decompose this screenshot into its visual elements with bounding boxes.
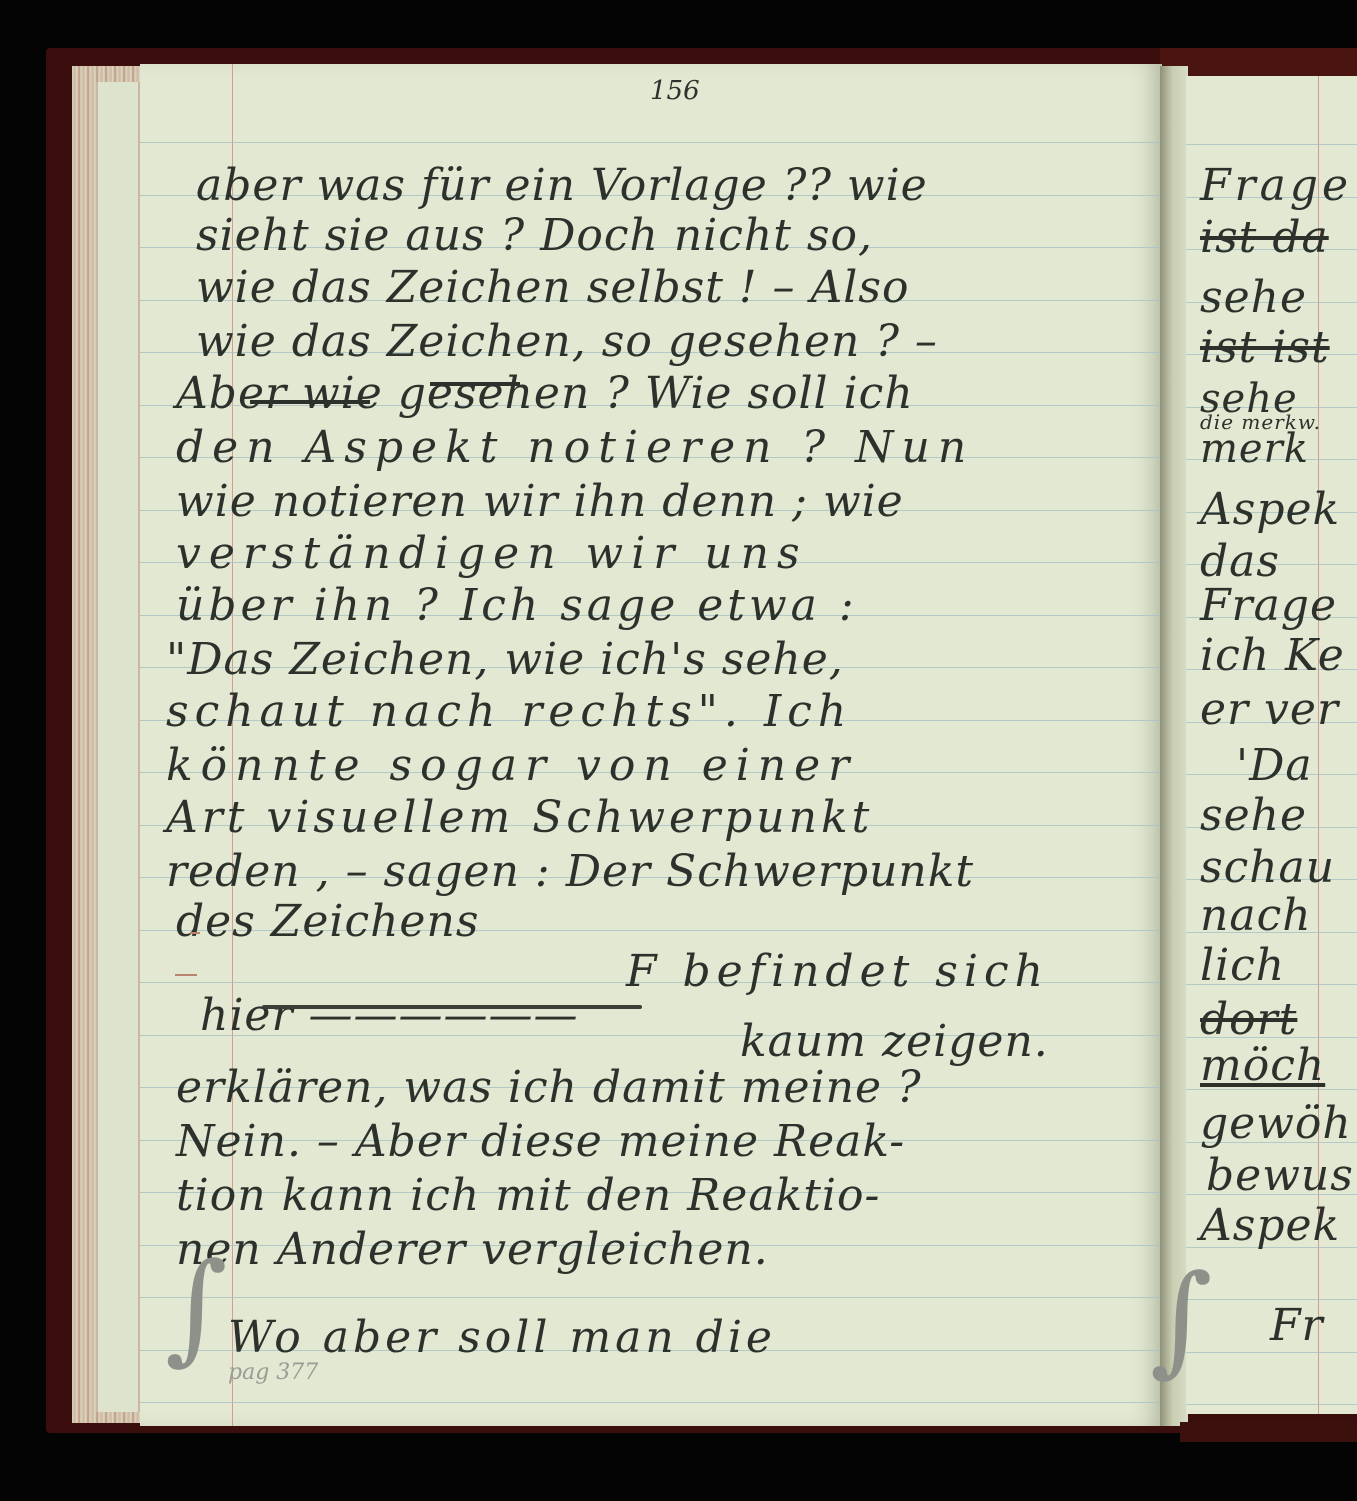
pencil-insert-mark-right: ∫ [1150, 1260, 1213, 1380]
page-number: 156 [650, 76, 700, 106]
handwritten-line: wie das Zeichen selbst ! – Also [196, 262, 909, 313]
right-page-line: ist ist [1200, 322, 1330, 373]
handwritten-line: reden , – sagen : Der Schwerpunkt [166, 846, 974, 897]
handwritten-line: nen Anderer vergleichen. [176, 1224, 769, 1275]
handwritten-line: tion kann ich mit den Reaktio- [176, 1170, 880, 1221]
right-page-line: er ver [1200, 684, 1339, 735]
underline-mark [250, 400, 370, 404]
handwritten-line: wie notieren wir ihn denn ; wie [176, 476, 904, 527]
underline-mark [430, 382, 520, 386]
right-page-line: Aspek [1200, 1200, 1340, 1251]
handwritten-line: wie das Zeichen, so gesehen ? – [196, 316, 938, 367]
right-page-line: Aspek [1200, 484, 1340, 535]
right-page-line: nach [1200, 890, 1312, 941]
handwritten-line: F befindet sich [626, 946, 1049, 997]
handwritten-line: Art visuellem Schwerpunkt [166, 792, 873, 843]
ruled-line [140, 1297, 1162, 1298]
right-page-line: dort [1200, 994, 1297, 1045]
cover-bottom-edge [1180, 1422, 1357, 1442]
handwritten-line: den Aspekt notieren ? Nun [176, 422, 974, 473]
arrow-line [262, 1005, 642, 1009]
right-page-line: bewus [1206, 1150, 1354, 1201]
cover-edge [1160, 48, 1357, 76]
ruled-line [140, 1402, 1162, 1403]
handwritten-line: verständigen wir uns [176, 528, 808, 579]
handwritten-line: Wo aber soll man die [228, 1312, 776, 1363]
right-page-line: sehe [1200, 272, 1307, 323]
right-page-line: ich Ke [1200, 630, 1345, 681]
handwritten-line: hier —————— [200, 990, 578, 1041]
handwritten-line: "Das Zeichen, wie ich's sehe, [166, 634, 844, 685]
right-page-line: Frage [1200, 580, 1337, 631]
right-page-line: merk [1200, 426, 1309, 472]
handwritten-line: Aber wie gesehen ? Wie soll ich [176, 368, 914, 419]
right-page-line: möch [1200, 1040, 1325, 1091]
right-page-line: 'Da [1236, 740, 1313, 791]
right-page-line: sehe [1200, 790, 1307, 841]
margin-dash [190, 932, 200, 934]
handwritten-line: könnte sogar von einer [166, 740, 857, 791]
ruled-line [1186, 144, 1357, 145]
pencil-insert-mark: ∫ [165, 1248, 228, 1368]
handwritten-line: kaum zeigen. [740, 1016, 1049, 1067]
page-stack-inner [96, 82, 140, 1412]
ruled-line [140, 142, 1162, 143]
right-page-line: ist da [1200, 212, 1329, 263]
right-page-line: lich [1200, 940, 1285, 991]
right-page-line: Frage [1200, 160, 1352, 211]
book-gutter [1160, 66, 1188, 1426]
handwritten-line: schaut nach rechts". Ich [166, 686, 852, 737]
handwritten-line: sieht sie aus ? Doch nicht so, [196, 210, 873, 261]
handwritten-line: aber was für ein Vorlage ?? wie [196, 160, 928, 211]
right-page-line: gewöh [1200, 1098, 1352, 1149]
handwritten-line: Nein. – Aber diese meine Reak- [176, 1116, 905, 1167]
pencil-note: pag 377 [228, 1360, 318, 1385]
margin-dash [175, 974, 197, 976]
right-page-line: Fr [1270, 1300, 1324, 1351]
handwritten-line: über ihn ? Ich sage etwa : [176, 580, 858, 631]
handwritten-line: erklären, was ich damit meine ? [176, 1062, 922, 1113]
handwritten-line: des Zeichens [176, 896, 479, 947]
ruled-line [1186, 1404, 1357, 1405]
right-page-line: schau [1200, 842, 1335, 893]
